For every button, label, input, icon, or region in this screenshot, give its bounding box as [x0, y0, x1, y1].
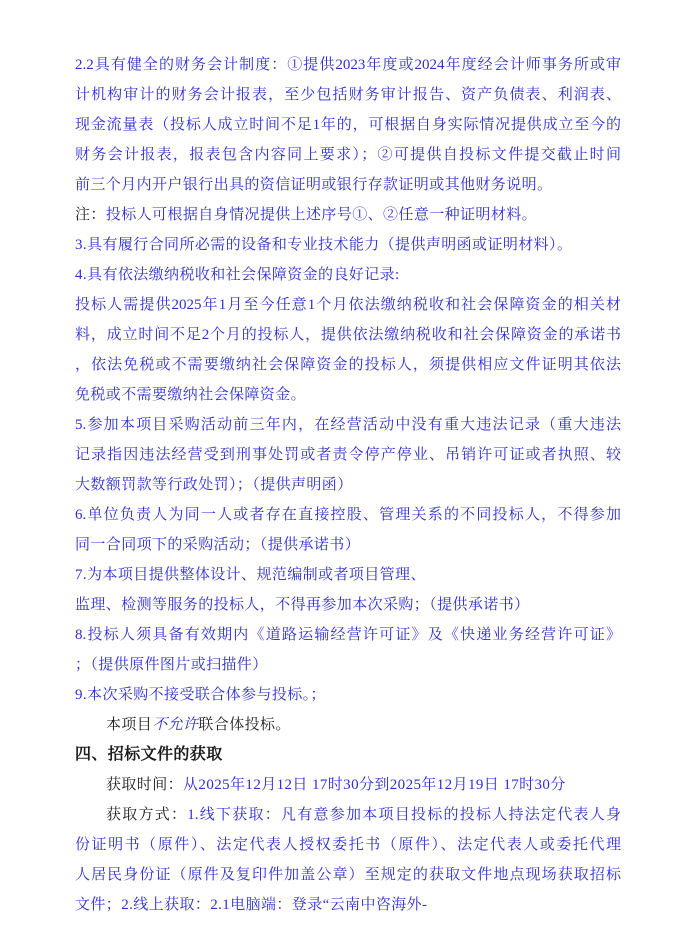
text-segment: 料，成立时间不足2个月的投标人，提供依法缴纳税收和社会保障资金的承诺书: [75, 327, 621, 343]
text-segment: 1.线下获取：凡有意参加本项目投标的投标人持法定代表人身: [187, 807, 621, 823]
text-segment: 9.本次采购不接受联合体参与投标。；: [75, 687, 326, 703]
text-line: 注：投标人可根据自身情况提供上述序号①、②任意一种证明材料。: [75, 200, 621, 230]
text-segment: 计机构审计的财务会计报表，至少包括财务审计报告、资产负债表、利润表、: [75, 87, 621, 103]
text-segment: ；（提供原件图片或扫描件）: [75, 657, 268, 673]
text-segment: 3.具有履行合同所必需的设备和专业技术能力（提供声明函或证明材料）。: [75, 237, 572, 253]
text-line: 2.2具有健全的财务会计制度：①提供2023年度或2024年度经会计师事务所或审: [75, 50, 621, 80]
text-line: 文件；2.线上获取：2.1电脑端：登录“云南中咨海外-: [75, 890, 621, 920]
text-segment: 投标人需提供2025年1月至今任意1个月依法缴纳税收和社会保障资金的相关材: [75, 297, 621, 313]
text-segment: ，依法免税或不需要缴纳社会保障资金的投标人，须提供相应文件证明其依法: [75, 357, 621, 373]
text-line: 料，成立时间不足2个月的投标人，提供依法缴纳税收和社会保障资金的承诺书: [75, 320, 621, 350]
text-segment: 获取时间：: [106, 777, 183, 793]
text-line: 前三个月内开户银行出具的资信证明或银行存款证明或其他财务说明。: [75, 170, 621, 200]
text-segment: 大数额罚款等行政处罚）；（提供声明函）: [75, 477, 353, 493]
text-line: 本项目不允许联合体投标。: [75, 710, 621, 740]
text-segment: 5.参加本项目采购活动前三年内，在经营活动中没有重大违法记录（重大违法: [75, 417, 621, 433]
text-line: 免税或不需要缴纳社会保障资金。: [75, 380, 621, 410]
text-segment: 现金流量表（投标人成立时间不足1年的，可根据自身实际情况提供成立至今的: [75, 117, 621, 133]
text-line: 7.为本项目提供整体设计、规范编制或者项目管理、: [75, 560, 621, 590]
text-line: ；（提供原件图片或扫描件）: [75, 650, 621, 680]
text-segment: 投标人可根据自身情况提供上述序号①、②任意一种证明材料。: [106, 207, 537, 223]
text-line: 5.参加本项目采购活动前三年内，在经营活动中没有重大违法记录（重大违法: [75, 410, 621, 440]
text-line: 获取方式：1.线下获取：凡有意参加本项目投标的投标人持法定代表人身: [75, 800, 621, 830]
document-page: 2.2具有健全的财务会计制度：①提供2023年度或2024年度经会计师事务所或审…: [0, 0, 690, 940]
text-line: 6.单位负责人为同一人或者存在直接控股、管理关系的不同投标人，不得参加: [75, 500, 621, 530]
text-segment: 6.单位负责人为同一人或者存在直接控股、管理关系的不同投标人，不得参加: [75, 507, 621, 523]
text-segment: 7.为本项目提供整体设计、规范编制或者项目管理、: [75, 567, 426, 583]
text-segment: 份证明书（原件）、法定代表人授权委托书（原件）、法定代表人或委托代理: [75, 837, 621, 853]
text-segment: 免税或不需要缴纳社会保障资金。: [75, 387, 306, 403]
text-segment: 四、招标文件的获取: [75, 746, 223, 763]
text-line: 同一合同项下的采购活动；（提供承诺书）: [75, 530, 621, 560]
text-segment: 获取方式：: [106, 807, 187, 823]
text-line: 投标人需提供2025年1月至今任意1个月依法缴纳税收和社会保障资金的相关材: [75, 290, 621, 320]
text-line: 8.投标人须具备有效期内《道路运输经营许可证》及《快递业务经营许可证》: [75, 620, 621, 650]
text-segment: 记录指因违法经营受到刑事处罚或者责令停产停业、吊销许可证或者执照、较: [75, 447, 621, 463]
text-segment: 注：: [75, 207, 106, 223]
text-segment: 从2025年12月12日 17时30分到2025年12月19日 17时30分: [183, 777, 566, 793]
text-segment: 前三个月内开户银行出具的资信证明或银行存款证明或其他财务说明。: [75, 177, 552, 193]
text-segment: 监理、检测等服务的投标人，不得再参加本次采购；（提供承诺书）: [75, 597, 530, 613]
text-line: 人居民身份证（原件及复印件加盖公章）至规定的获取文件地点现场获取招标: [75, 860, 621, 890]
document-text: 2.2具有健全的财务会计制度：①提供2023年度或2024年度经会计师事务所或审…: [75, 50, 621, 920]
text-line: 9.本次采购不接受联合体参与投标。；: [75, 680, 621, 710]
text-line: 获取时间：从2025年12月12日 17时30分到2025年12月19日 17时…: [75, 770, 621, 800]
text-line: 3.具有履行合同所必需的设备和专业技术能力（提供声明函或证明材料）。: [75, 230, 621, 260]
text-segment: 财务会计报表，报表包含内容同上要求）；②可提供自投标文件提交截止时间: [75, 147, 621, 163]
text-segment: 2.2具有健全的财务会计制度：①提供2023年度或2024年度经会计师事务所或审: [75, 57, 621, 73]
text-line: 计机构审计的财务会计报表，至少包括财务审计报告、资产负债表、利润表、: [75, 80, 621, 110]
text-segment: 同一合同项下的采购活动；（提供承诺书）: [75, 537, 360, 553]
text-segment: 本项目: [106, 717, 152, 733]
text-line: 记录指因违法经营受到刑事处罚或者责令停产停业、吊销许可证或者执照、较: [75, 440, 621, 470]
text-segment: 4.具有依法缴纳税收和社会保障资金的良好记录:: [75, 267, 400, 283]
text-segment: 文件；2.线上获取：2.1电脑端：登录“云南中咨海外-: [75, 897, 427, 913]
text-segment: 8.投标人须具备有效期内《道路运输经营许可证》及《快递业务经营许可证》: [75, 627, 621, 643]
text-line: 份证明书（原件）、法定代表人授权委托书（原件）、法定代表人或委托代理: [75, 830, 621, 860]
text-line: ，依法免税或不需要缴纳社会保障资金的投标人，须提供相应文件证明其依法: [75, 350, 621, 380]
text-line: 四、招标文件的获取: [75, 740, 621, 770]
text-segment: 人居民身份证（原件及复印件加盖公章）至规定的获取文件地点现场获取招标: [75, 867, 621, 883]
text-segment: 联合体投标。: [198, 717, 290, 733]
text-line: 财务会计报表，报表包含内容同上要求）；②可提供自投标文件提交截止时间: [75, 140, 621, 170]
text-segment: 不允许: [152, 717, 198, 733]
text-line: 监理、检测等服务的投标人，不得再参加本次采购；（提供承诺书）: [75, 590, 621, 620]
text-line: 大数额罚款等行政处罚）；（提供声明函）: [75, 470, 621, 500]
text-line: 现金流量表（投标人成立时间不足1年的，可根据自身实际情况提供成立至今的: [75, 110, 621, 140]
text-line: 4.具有依法缴纳税收和社会保障资金的良好记录:: [75, 260, 621, 290]
